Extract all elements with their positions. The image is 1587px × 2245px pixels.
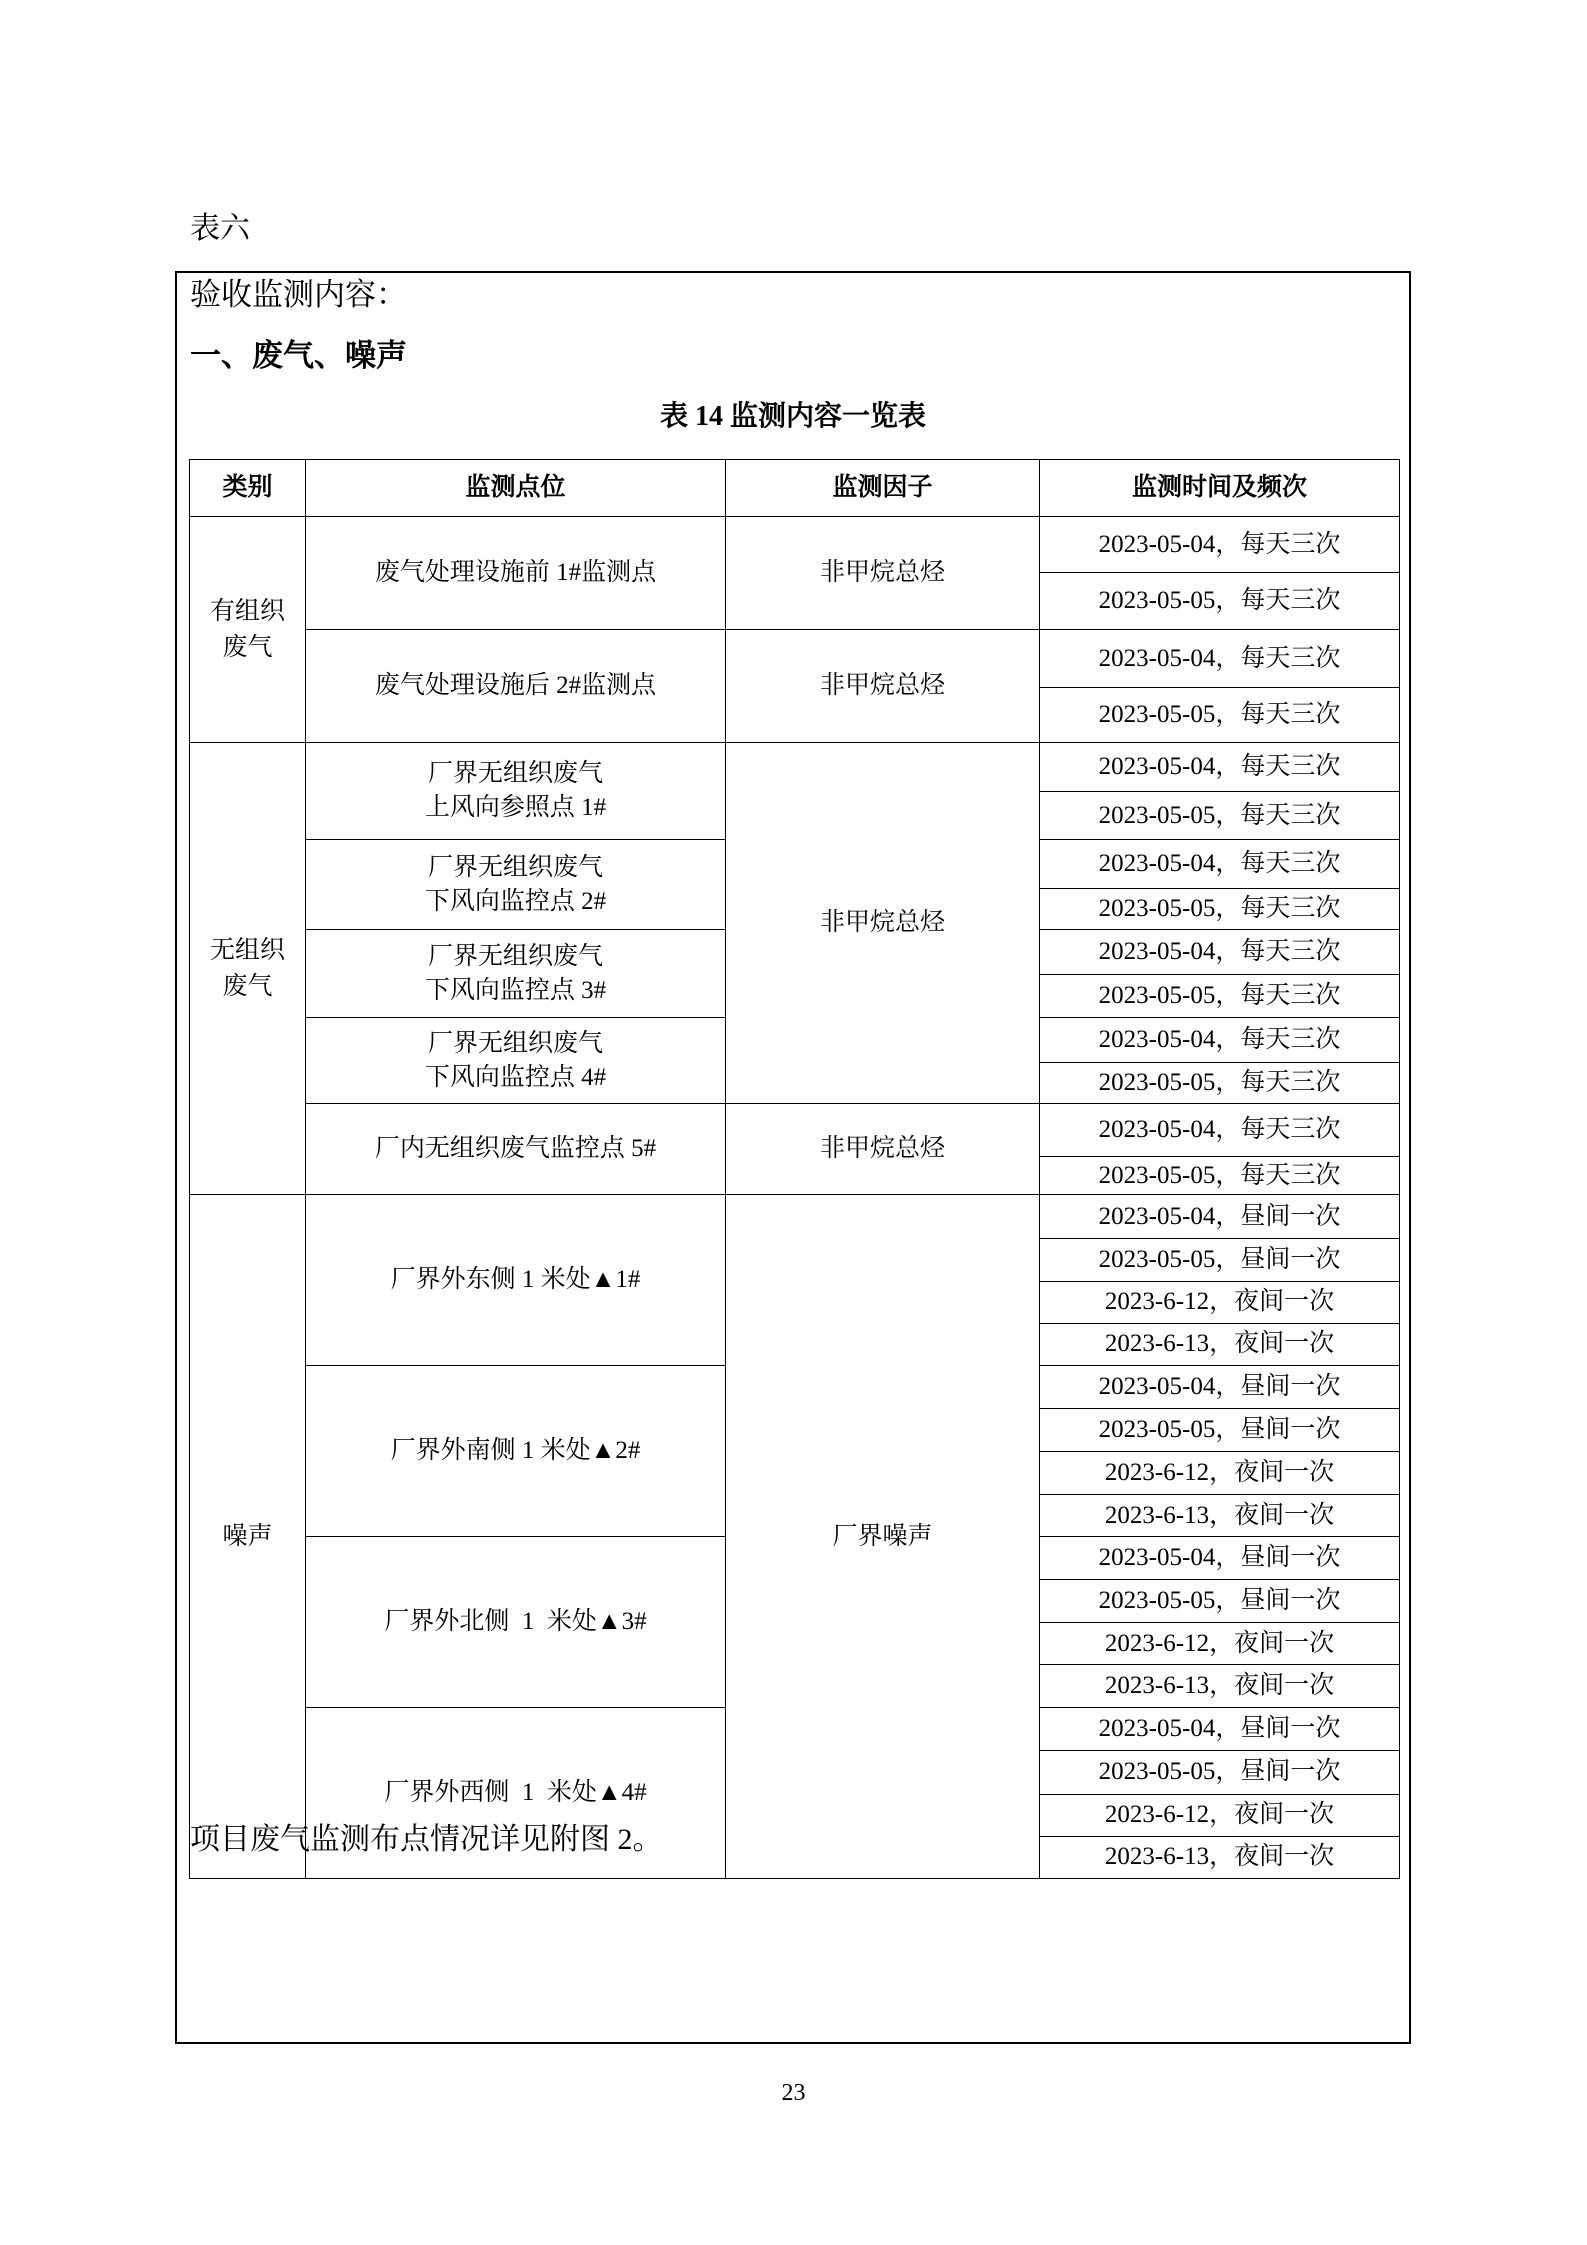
site-line: 厂界无组织废气 xyxy=(306,851,725,885)
table-row: 厂内无组织废气监控点 5# 非甲烷总烃 2023-05-04，每天三次 xyxy=(190,1104,1400,1157)
site-cell: 厂界无组织废气 下风向监控点 4# xyxy=(306,1018,726,1104)
table-header-row: 类别 监测点位 监测因子 监测时间及频次 xyxy=(190,460,1400,517)
factor-cell: 非甲烷总烃 xyxy=(726,1104,1040,1195)
site-line: 废气处理设施前 1#监测点 xyxy=(306,556,725,590)
time-cell: 2023-05-04，昼间一次 xyxy=(1040,1195,1400,1239)
monitoring-content-table: 类别 监测点位 监测因子 监测时间及频次 有组织 废气 废气处理设施前 1#监测… xyxy=(189,459,1400,1879)
site-line: 厂界无组织废气 xyxy=(306,1027,725,1061)
category-cell: 无组织 废气 xyxy=(190,743,306,1195)
table-row: 噪声 厂界外东侧 1 米处▲1# 厂界噪声 2023-05-04，昼间一次 xyxy=(190,1195,1400,1239)
time-cell: 2023-05-04，昼间一次 xyxy=(1040,1537,1400,1580)
category-line: 无组织 xyxy=(190,933,305,969)
category-line: 噪声 xyxy=(190,1519,305,1555)
site-cell: 厂界无组织废气 上风向参照点 1# xyxy=(306,743,726,840)
header-time-frequency: 监测时间及频次 xyxy=(1040,460,1400,517)
time-cell: 2023-05-05，每天三次 xyxy=(1040,573,1400,630)
table-row: 无组织 废气 厂界无组织废气 上风向参照点 1# 非甲烷总烃 2023-05-0… xyxy=(190,743,1400,792)
time-cell: 2023-6-13，夜间一次 xyxy=(1040,1495,1400,1537)
site-line: 下风向监控点 2# xyxy=(306,885,725,919)
time-cell: 2023-05-05，昼间一次 xyxy=(1040,1751,1400,1794)
header-category: 类别 xyxy=(190,460,306,517)
category-cell: 噪声 xyxy=(190,1195,306,1879)
site-cell: 厂界无组织废气 下风向监控点 3# xyxy=(306,930,726,1018)
time-cell: 2023-05-05，每天三次 xyxy=(1040,792,1400,840)
time-cell: 2023-05-04，昼间一次 xyxy=(1040,1366,1400,1409)
time-cell: 2023-05-04，每天三次 xyxy=(1040,630,1400,688)
time-cell: 2023-6-12，夜间一次 xyxy=(1040,1452,1400,1495)
category-cell: 有组织 废气 xyxy=(190,517,306,743)
site-cell: 厂界外东侧 1 米处▲1# xyxy=(306,1195,726,1366)
factor-cell: 非甲烷总烃 xyxy=(726,517,1040,630)
site-line: 厂界无组织废气 xyxy=(306,757,725,791)
time-cell: 2023-05-05，昼间一次 xyxy=(1040,1239,1400,1281)
time-cell: 2023-05-04，每天三次 xyxy=(1040,1104,1400,1157)
category-line: 废气 xyxy=(190,969,305,1005)
site-cell: 废气处理设施后 2#监测点 xyxy=(306,630,726,743)
site-line: 厂界外西侧 1 米处▲4# xyxy=(306,1776,725,1810)
time-cell: 2023-05-05，每天三次 xyxy=(1040,1157,1400,1195)
header-factor: 监测因子 xyxy=(726,460,1040,517)
factor-cell: 非甲烷总烃 xyxy=(726,743,1040,1104)
time-cell: 2023-05-05，昼间一次 xyxy=(1040,1580,1400,1623)
table-caption: 表 14 监测内容一览表 xyxy=(175,400,1411,434)
site-cell: 厂界无组织废气 下风向监控点 2# xyxy=(306,840,726,930)
site-cell: 厂界外南侧 1 米处▲2# xyxy=(306,1366,726,1537)
site-line: 废气处理设施后 2#监测点 xyxy=(306,669,725,703)
time-cell: 2023-6-12，夜间一次 xyxy=(1040,1623,1400,1665)
time-cell: 2023-05-04，昼间一次 xyxy=(1040,1708,1400,1751)
time-cell: 2023-05-04，每天三次 xyxy=(1040,743,1400,792)
site-line: 下风向监控点 4# xyxy=(306,1061,725,1095)
time-cell: 2023-6-13，夜间一次 xyxy=(1040,1664,1400,1707)
category-line: 有组织 xyxy=(190,594,305,630)
site-line: 厂界外东侧 1 米处▲1# xyxy=(306,1263,725,1297)
footnote: 项目废气监测布点情况详见附图 2。 xyxy=(190,1822,663,1858)
table-row: 废气处理设施后 2#监测点 非甲烷总烃 2023-05-04，每天三次 xyxy=(190,630,1400,688)
time-cell: 2023-05-04，每天三次 xyxy=(1040,840,1400,889)
section-label: 表六 xyxy=(190,212,250,246)
time-cell: 2023-05-05，昼间一次 xyxy=(1040,1409,1400,1452)
header-site: 监测点位 xyxy=(306,460,726,517)
site-cell: 厂内无组织废气监控点 5# xyxy=(306,1104,726,1195)
factor-cell: 非甲烷总烃 xyxy=(726,630,1040,743)
category-line: 废气 xyxy=(190,630,305,666)
section-heading: 一、废气、噪声 xyxy=(190,338,407,374)
factor-cell: 厂界噪声 xyxy=(726,1195,1040,1879)
site-line: 厂内无组织废气监控点 5# xyxy=(306,1132,725,1166)
time-cell: 2023-05-04，每天三次 xyxy=(1040,930,1400,975)
intro-label: 验收监测内容： xyxy=(190,277,407,313)
time-cell: 2023-05-05，每天三次 xyxy=(1040,688,1400,743)
site-line: 下风向监控点 3# xyxy=(306,974,725,1008)
time-cell: 2023-6-13，夜间一次 xyxy=(1040,1323,1400,1365)
time-cell: 2023-05-05，每天三次 xyxy=(1040,975,1400,1018)
time-cell: 2023-6-12，夜间一次 xyxy=(1040,1281,1400,1323)
site-line: 厂界外北侧 1 米处▲3# xyxy=(306,1605,725,1639)
time-cell: 2023-6-13，夜间一次 xyxy=(1040,1836,1400,1878)
time-cell: 2023-6-12，夜间一次 xyxy=(1040,1794,1400,1836)
site-line: 厂界外南侧 1 米处▲2# xyxy=(306,1434,725,1468)
site-cell: 厂界外北侧 1 米处▲3# xyxy=(306,1537,726,1708)
page-number: 23 xyxy=(0,2078,1587,2108)
site-line: 上风向参照点 1# xyxy=(306,791,725,825)
time-cell: 2023-05-04，每天三次 xyxy=(1040,1018,1400,1063)
time-cell: 2023-05-05，每天三次 xyxy=(1040,889,1400,930)
time-cell: 2023-05-04，每天三次 xyxy=(1040,517,1400,573)
site-cell: 废气处理设施前 1#监测点 xyxy=(306,517,726,630)
time-cell: 2023-05-05，每天三次 xyxy=(1040,1063,1400,1104)
table-row: 有组织 废气 废气处理设施前 1#监测点 非甲烷总烃 2023-05-04，每天… xyxy=(190,517,1400,573)
site-line: 厂界无组织废气 xyxy=(306,940,725,974)
